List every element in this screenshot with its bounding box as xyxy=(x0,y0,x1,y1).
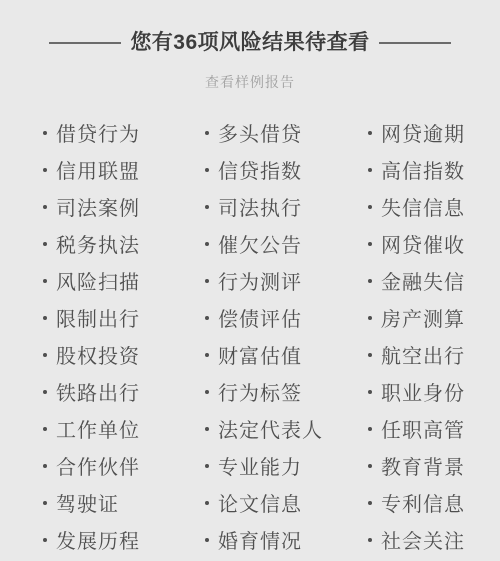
bullet-icon xyxy=(43,501,47,505)
list-item: 驾驶证 xyxy=(43,484,205,521)
list-item: 风险扫描 xyxy=(43,262,205,299)
list-item: 专利信息 xyxy=(368,484,500,521)
list-item: 网贷催收 xyxy=(368,225,500,262)
list-item-label: 驾驶证 xyxy=(56,488,119,517)
list-item: 司法案例 xyxy=(43,188,205,225)
list-item: 发展历程 xyxy=(43,521,205,558)
risk-list: 借贷行为 信用联盟 司法案例 税务执法 风险扫描 限制出行 股权投资 铁路出行 … xyxy=(0,114,500,558)
list-item-label: 任职高管 xyxy=(381,414,465,443)
list-item: 失信信息 xyxy=(368,188,500,225)
bullet-icon xyxy=(43,464,47,468)
list-item: 催欠公告 xyxy=(205,225,368,262)
list-item: 工作单位 xyxy=(43,410,205,447)
view-sample-report-link[interactable]: 查看样例报告 xyxy=(205,72,295,92)
list-item-label: 借贷行为 xyxy=(56,118,140,147)
list-item: 信用联盟 xyxy=(43,151,205,188)
bullet-icon xyxy=(43,390,47,394)
bullet-icon xyxy=(43,205,47,209)
list-item-label: 行为标签 xyxy=(218,377,302,406)
list-item-label: 限制出行 xyxy=(56,303,140,332)
list-item: 任职高管 xyxy=(368,410,500,447)
list-item: 论文信息 xyxy=(205,484,368,521)
bullet-icon xyxy=(205,538,209,542)
bullet-icon xyxy=(368,131,372,135)
list-item: 专业能力 xyxy=(205,447,368,484)
list-item-label: 合作伙伴 xyxy=(56,451,140,480)
bullet-icon xyxy=(43,353,47,357)
list-item-label: 多头借贷 xyxy=(218,118,302,147)
bullet-icon xyxy=(205,316,209,320)
list-item: 股权投资 xyxy=(43,336,205,373)
list-item: 职业身份 xyxy=(368,373,500,410)
bullet-icon xyxy=(368,205,372,209)
header: 您有36项风险结果待查看 查看样例报告 xyxy=(0,0,500,92)
bullet-icon xyxy=(43,316,47,320)
bullet-icon xyxy=(43,242,47,246)
list-item-label: 婚育情况 xyxy=(218,525,302,554)
list-item: 网贷逾期 xyxy=(368,114,500,151)
bullet-icon xyxy=(205,501,209,505)
bullet-icon xyxy=(205,353,209,357)
list-item-label: 风险扫描 xyxy=(56,266,140,295)
list-item-label: 航空出行 xyxy=(381,340,465,369)
list-item: 司法执行 xyxy=(205,188,368,225)
bullet-icon xyxy=(43,427,47,431)
bullet-icon xyxy=(205,427,209,431)
bullet-icon xyxy=(205,205,209,209)
list-item: 金融失信 xyxy=(368,262,500,299)
title-row: 您有36项风险结果待查看 xyxy=(0,30,500,56)
list-item: 行为标签 xyxy=(205,373,368,410)
list-item-label: 高信指数 xyxy=(381,155,465,184)
list-item-label: 工作单位 xyxy=(56,414,140,443)
list-item-label: 房产测算 xyxy=(381,303,465,332)
list-item: 法定代表人 xyxy=(205,410,368,447)
bullet-icon xyxy=(43,279,47,283)
risk-column-3: 网贷逾期 高信指数 失信信息 网贷催收 金融失信 房产测算 航空出行 职业身份 … xyxy=(368,114,500,558)
list-item-label: 网贷催收 xyxy=(381,229,465,258)
bullet-icon xyxy=(368,242,372,246)
bullet-icon xyxy=(43,131,47,135)
list-item: 合作伙伴 xyxy=(43,447,205,484)
title-left-line xyxy=(49,42,121,44)
list-item: 偿债评估 xyxy=(205,299,368,336)
list-item: 教育背景 xyxy=(368,447,500,484)
list-item: 行为测评 xyxy=(205,262,368,299)
list-item-label: 职业身份 xyxy=(381,377,465,406)
list-item-label: 法定代表人 xyxy=(218,414,323,443)
list-item-label: 专利信息 xyxy=(381,488,465,517)
bullet-icon xyxy=(205,168,209,172)
list-item-label: 司法案例 xyxy=(56,192,140,221)
list-item-label: 股权投资 xyxy=(56,340,140,369)
list-item-label: 税务执法 xyxy=(56,229,140,258)
list-item: 社会关注 xyxy=(368,521,500,558)
bullet-icon xyxy=(368,279,372,283)
bullet-icon xyxy=(368,501,372,505)
risk-column-2: 多头借贷 信贷指数 司法执行 催欠公告 行为测评 偿债评估 财富估值 行为标签 … xyxy=(205,114,368,558)
bullet-icon xyxy=(205,242,209,246)
list-item: 限制出行 xyxy=(43,299,205,336)
risk-column-1: 借贷行为 信用联盟 司法案例 税务执法 风险扫描 限制出行 股权投资 铁路出行 … xyxy=(43,114,205,558)
title-right-line xyxy=(379,42,451,44)
list-item-label: 催欠公告 xyxy=(218,229,302,258)
list-item: 房产测算 xyxy=(368,299,500,336)
bullet-icon xyxy=(368,390,372,394)
list-item-label: 行为测评 xyxy=(218,266,302,295)
list-item: 高信指数 xyxy=(368,151,500,188)
list-item: 信贷指数 xyxy=(205,151,368,188)
bullet-icon xyxy=(43,538,47,542)
bullet-icon xyxy=(368,353,372,357)
page-title: 您有36项风险结果待查看 xyxy=(130,30,369,56)
bullet-icon xyxy=(205,131,209,135)
list-item: 航空出行 xyxy=(368,336,500,373)
list-item: 婚育情况 xyxy=(205,521,368,558)
list-item-label: 铁路出行 xyxy=(56,377,140,406)
list-item: 铁路出行 xyxy=(43,373,205,410)
bullet-icon xyxy=(205,279,209,283)
list-item-label: 网贷逾期 xyxy=(381,118,465,147)
bullet-icon xyxy=(368,427,372,431)
bullet-icon xyxy=(368,538,372,542)
list-item-label: 发展历程 xyxy=(56,525,140,554)
list-item-label: 金融失信 xyxy=(381,266,465,295)
list-item-label: 失信信息 xyxy=(381,192,465,221)
bullet-icon xyxy=(205,390,209,394)
list-item: 财富估值 xyxy=(205,336,368,373)
list-item-label: 社会关注 xyxy=(381,525,465,554)
bullet-icon xyxy=(368,464,372,468)
bullet-icon xyxy=(368,168,372,172)
list-item-label: 偿债评估 xyxy=(218,303,302,332)
list-item-label: 财富估值 xyxy=(218,340,302,369)
list-item: 多头借贷 xyxy=(205,114,368,151)
list-item-label: 信用联盟 xyxy=(56,155,140,184)
bullet-icon xyxy=(43,168,47,172)
list-item-label: 专业能力 xyxy=(218,451,302,480)
bullet-icon xyxy=(205,464,209,468)
list-item-label: 信贷指数 xyxy=(218,155,302,184)
list-item: 税务执法 xyxy=(43,225,205,262)
list-item-label: 教育背景 xyxy=(381,451,465,480)
list-item-label: 论文信息 xyxy=(218,488,302,517)
bullet-icon xyxy=(368,316,372,320)
list-item: 借贷行为 xyxy=(43,114,205,151)
list-item-label: 司法执行 xyxy=(218,192,302,221)
